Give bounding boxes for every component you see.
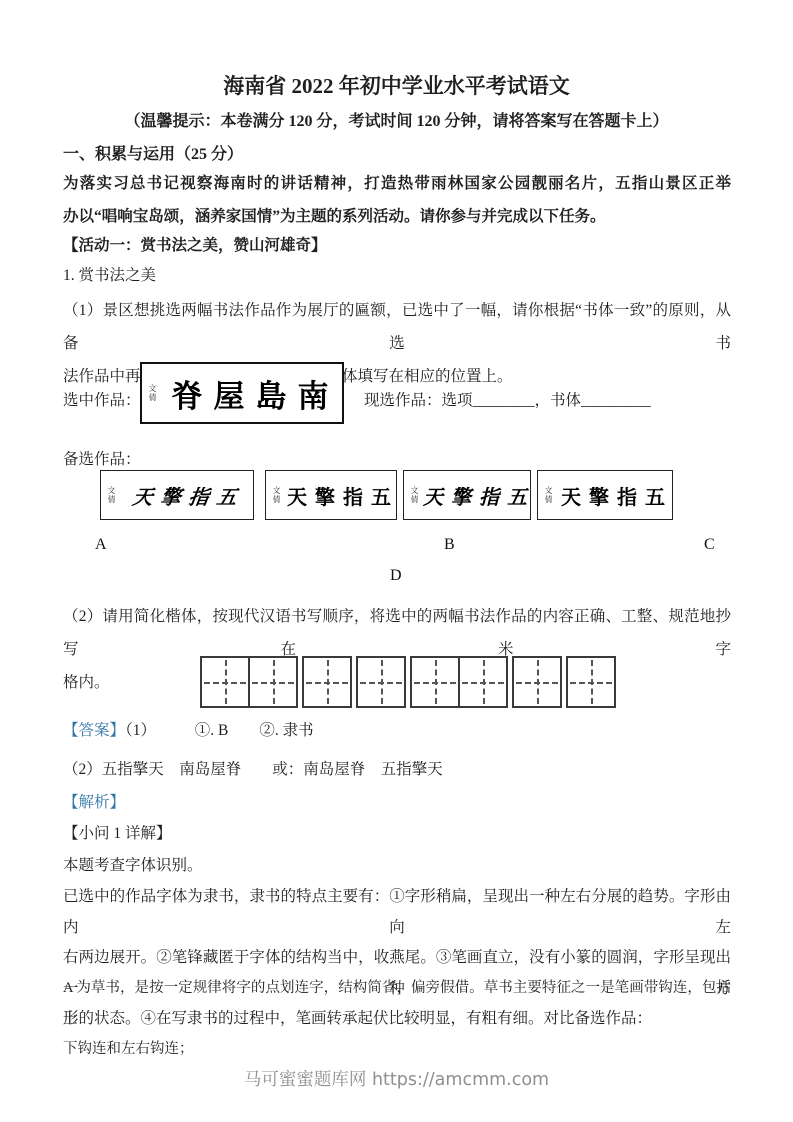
grid-cell — [248, 656, 298, 708]
answer-line-1: 【答案】（1） ①. B ②. 隶书 — [63, 718, 731, 740]
calligraphy-option-b: 文倩 天擎指五 — [265, 470, 397, 520]
section-heading: 一、积累与运用（25 分） — [63, 141, 731, 164]
calligraphy-option-a: 文倩 天擎指五 — [100, 470, 254, 520]
calligrapher-signature: 文倩 — [544, 486, 552, 504]
exam-notice: （温馨提示：本卷满分 120 分，考试时间 120 分钟，请将答案写在答题卡上） — [0, 108, 793, 131]
candidates-label: 备选作品： — [63, 447, 731, 469]
calligrapher-signature: 文倩 — [148, 384, 156, 402]
intro-paragraph: 为落实习总书记视察海南时的讲话精神，打造热带雨林国家公园靓丽名片，五指山景区正举… — [63, 167, 731, 233]
grid-cell — [356, 656, 406, 708]
analysis-p2-line-1: 已选中的作品字体为隶书，隶书的特点主要有：①字形稍扁，呈现出一种左右分展的趋势。… — [63, 882, 731, 943]
watermark-site-text: 马可蜜蜜题库网 https://amcmm.com — [0, 1066, 793, 1091]
question1-title: 1. 赏书法之美 — [63, 263, 731, 285]
intro-line-2: 办以“唱响宝岛颂，涵养家国情”为主题的系列活动。请你参与并完成以下任务。 — [63, 200, 731, 233]
answer-tag: 【答案】 — [63, 722, 125, 739]
analysis-p3-line-2: 下钩连和左右钩连； — [63, 1034, 731, 1065]
option-label-c: C — [704, 536, 715, 554]
calligrapher-signature: 文倩 — [107, 486, 115, 504]
answer-line-1-text: （1） ①. B ②. 隶书 — [125, 722, 314, 739]
part1-line-1: （1）景区想挑选两幅书法作品作为展厅的匾额，已选中了一幅，请你根据“书体一致”的… — [63, 294, 731, 360]
analysis-p3-line-1: A 为草书，是按一定规律将字的点划连字，结构简省，偏旁假借。草书主要特征之一是笔… — [63, 973, 731, 1034]
calligraphy-artwork-selected: 文倩 脊屋島南 — [140, 362, 344, 424]
calligraphy-option-c: 文倩 天擎指五 — [403, 470, 531, 520]
option-label-b: B — [444, 536, 455, 554]
analysis-p3: A 为草书，是按一定规律将字的点划连字，结构简省，偏旁假借。草书主要特征之一是笔… — [63, 973, 731, 1065]
grid-cell — [200, 656, 250, 708]
calligraphy-text-option-a: 天擎指五 — [131, 481, 247, 510]
option-label-d: D — [390, 567, 402, 585]
analysis-tag: 【解析】 — [63, 790, 731, 812]
grid-cell — [302, 656, 352, 708]
calligrapher-signature: 文倩 — [272, 486, 280, 504]
page-title: 海南省 2022 年初中学业水平考试语文 — [0, 70, 793, 100]
grid-cell — [566, 656, 616, 708]
analysis-p1: 本题考查字体识别。 — [63, 853, 731, 875]
writing-practice-grid — [200, 656, 620, 708]
calligraphy-text-selected: 脊屋島南 — [158, 371, 353, 416]
calligraphy-text-option-d: 天擎指五 — [554, 481, 680, 510]
exam-document-page: 海南省 2022 年初中学业水平考试语文 （温馨提示：本卷满分 120 分，考试… — [0, 0, 793, 1122]
sub-question-heading: 【小问 1 详解】 — [63, 821, 731, 843]
option-label-a: A — [95, 536, 107, 554]
choose-answer-line: 现选作品：选项________，书体_________ — [364, 388, 651, 410]
grid-cell — [458, 656, 508, 708]
calligraphy-text-option-c: 天擎指五 — [423, 481, 535, 510]
calligraphy-option-d: 文倩 天擎指五 — [537, 470, 673, 520]
selected-artwork-label: 选中作品： — [63, 388, 141, 410]
grid-cell — [410, 656, 460, 708]
activity-heading: 【活动一：赏书法之美，赞山河雄奇】 — [63, 233, 731, 255]
grid-cell — [512, 656, 562, 708]
intro-line-1: 为落实习总书记视察海南时的讲话精神，打造热带雨林国家公园靓丽名片，五指山景区正举 — [63, 167, 731, 200]
answer-line-2: （2）五指擎天 南岛屋脊 或：南岛屋脊 五指擎天 — [63, 757, 731, 779]
calligrapher-signature: 文倩 — [410, 486, 418, 504]
calligraphy-text-option-b: 天擎指五 — [282, 481, 404, 510]
